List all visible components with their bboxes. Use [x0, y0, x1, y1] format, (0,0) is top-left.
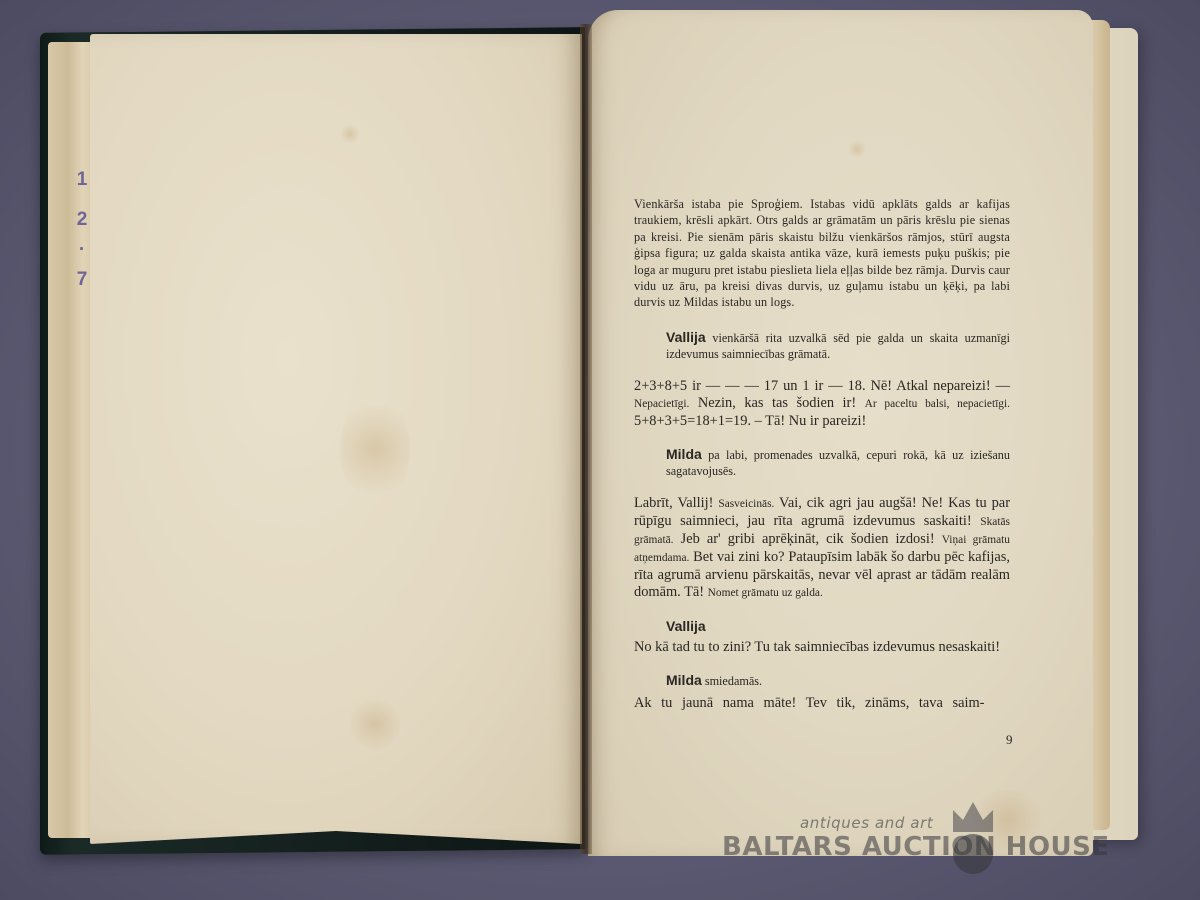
- speaker-name: Milda: [666, 446, 702, 462]
- character-entry: Vallija: [634, 618, 1010, 635]
- character-entry: Milda pa labi, promenades uzvalkā, cepur…: [634, 446, 1010, 479]
- aside-text: Ar paceltu balsi, nepacietīgi.: [865, 398, 1010, 410]
- shelf-mark-digit: 2: [72, 200, 92, 240]
- character-entry: Milda smiedamās.: [634, 672, 1010, 689]
- speech-text: Nezin, kas tas šodien ir!: [689, 395, 864, 411]
- character-direction: pa labi, promenades uzvalkā, cepuri rokā…: [666, 448, 1010, 478]
- paper-stain: [968, 790, 1048, 850]
- aside-text: Nepacietīgi.: [634, 398, 689, 410]
- shelf-mark-digit: 1: [72, 160, 92, 200]
- play-text: Vienkārša istaba pie Sproģiem. Istabas v…: [634, 196, 1010, 712]
- speaker-name: Milda: [666, 672, 702, 688]
- page-number: 9: [1006, 732, 1013, 748]
- speech-text: No kā tad tu to zini? Tu tak saimniecība…: [634, 639, 1000, 655]
- paper-stain: [340, 124, 360, 144]
- paper-stain: [340, 394, 410, 504]
- aside-text: Nomet grāmatu uz galda.: [708, 587, 823, 599]
- speech-text: 5+8+3+5=18+1=19. – Tā! Nu ir pareizi!: [634, 413, 866, 429]
- paper-stain: [848, 140, 866, 158]
- book-photo: 1 2 · 7 Vienkārša istaba pie Sproģiem. I…: [0, 0, 1200, 900]
- speech-text: 2+3+8+5 ir — — — 17 un 1 ir — 18. Nē! At…: [634, 378, 1010, 394]
- paper-stain: [350, 694, 400, 754]
- speaker-name: Vallija: [666, 618, 706, 634]
- left-page-blank: [90, 34, 582, 844]
- speaker-name: Vallija: [666, 329, 706, 345]
- character-direction: smiedamās.: [705, 674, 762, 688]
- book-gutter: [580, 24, 592, 854]
- dialogue-line: 2+3+8+5 ir — — — 17 un 1 ir — 18. Nē! At…: [634, 378, 1010, 430]
- stage-direction: Vienkārša istaba pie Sproģiem. Istabas v…: [634, 196, 1010, 311]
- character-entry: Vallija vienkāršā rita uzvalkā sēd pie g…: [634, 329, 1010, 362]
- shelf-mark-digit: 7: [72, 260, 92, 300]
- shelf-mark-stamp: 1 2 · 7: [72, 160, 92, 300]
- aside-text: Sasveicinās.: [718, 498, 774, 510]
- shelf-mark-dot: ·: [72, 240, 92, 260]
- dialogue-line: No kā tad tu to zini? Tu tak saimniecība…: [634, 639, 1010, 656]
- speech-text: Ak tu jaunā nama māte! Tev tik, zināms, …: [634, 695, 984, 711]
- speech-text: Labrīt, Vallij!: [634, 495, 718, 511]
- speech-text: Jeb ar' gribi aprēķināt, cik šodien izdo…: [674, 531, 942, 547]
- character-direction: vienkāršā rita uzvalkā sēd pie galda un …: [666, 331, 1010, 361]
- dialogue-line: Labrīt, Vallij! Sasveicinās. Vai, cik ag…: [634, 495, 1010, 602]
- dialogue-line: Ak tu jaunā nama māte! Tev tik, zināms, …: [634, 695, 1010, 712]
